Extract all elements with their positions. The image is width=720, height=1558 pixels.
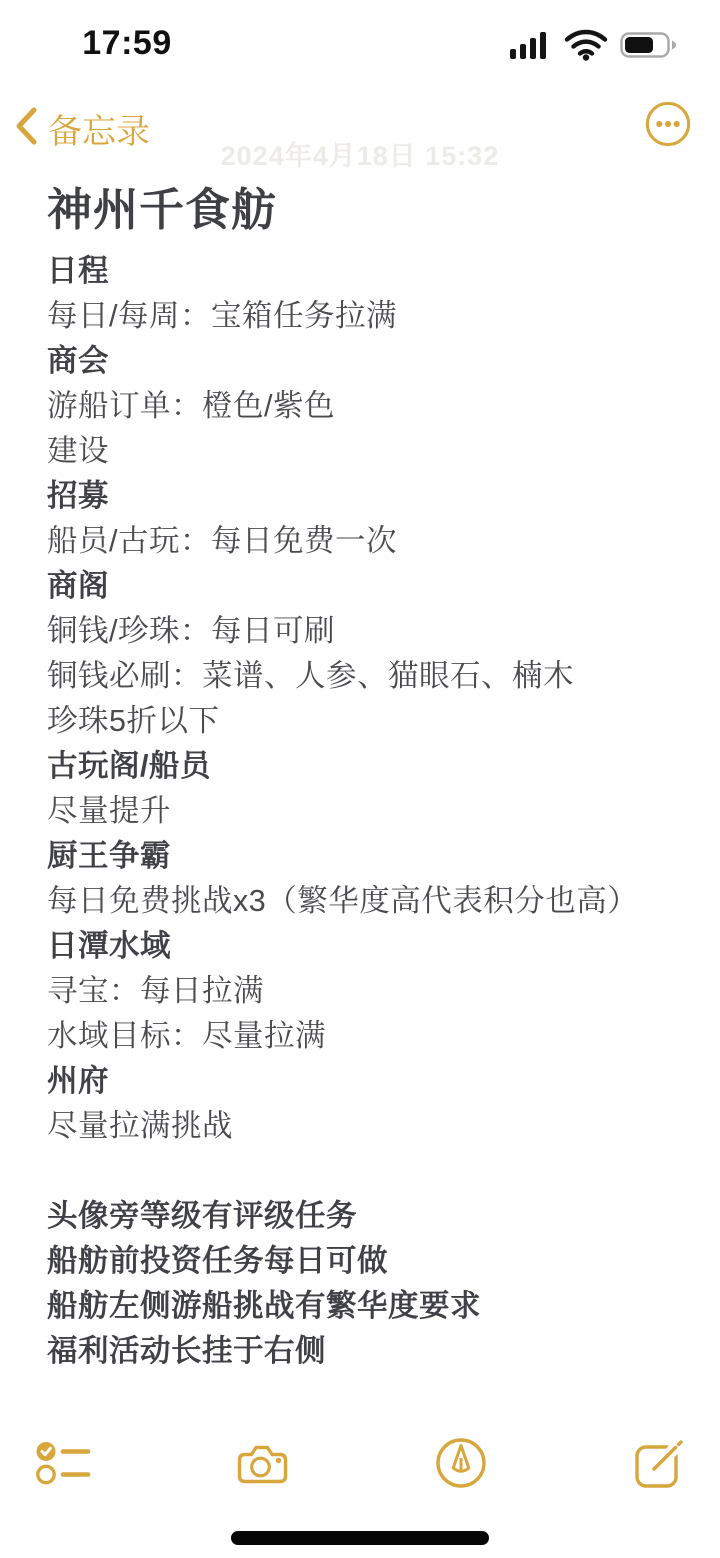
note-line: 船舫左侧游船挑战有繁华度要求 (47, 1284, 684, 1329)
note-line: 尽量提升 (47, 789, 684, 834)
compose-icon (633, 1436, 687, 1493)
note-line: 珍珠5折以下 (47, 699, 684, 744)
home-indicator[interactable] (231, 1531, 489, 1545)
note-line (47, 1149, 684, 1194)
notes-app-screen: 17:59 (0, 0, 720, 1558)
cellular-signal-icon (508, 29, 552, 66)
note-title: 神州千食舫 (47, 183, 684, 237)
camera-button[interactable] (233, 1434, 293, 1494)
note-line: 水域目标：尽量拉满 (47, 1014, 684, 1059)
checklist-button[interactable] (34, 1434, 94, 1494)
note-line: 游船订单：橙色/紫色 (47, 384, 684, 429)
note-line: 招募 (47, 474, 684, 519)
note-line: 每日免费挑战x3（繁华度高代表积分也高） (47, 879, 684, 924)
note-date: 2024年4月18日 15:32 (0, 134, 720, 173)
note-line: 商阁 (47, 564, 684, 609)
note-line: 铜钱/珍珠：每日可刷 (47, 609, 684, 654)
wifi-icon (564, 28, 608, 66)
note-line: 日程 (47, 249, 684, 294)
note-body: 日程每日/每周：宝箱任务拉满商会游船订单：橙色/紫色建设招募船员/古玩：每日免费… (47, 249, 684, 1374)
checklist-icon (35, 1440, 93, 1489)
status-bar: 17:59 (0, 0, 720, 72)
note-line: 每日/每周：宝箱任务拉满 (47, 294, 684, 339)
note-line: 船员/古玩：每日免费一次 (47, 519, 684, 564)
battery-icon (620, 32, 678, 63)
note-line: 古玩阁/船员 (47, 744, 684, 789)
note-line: 商会 (47, 339, 684, 384)
status-icons (508, 28, 678, 66)
note-line: 船舫前投资任务每日可做 (47, 1239, 684, 1284)
note-line: 尽量拉满挑战 (47, 1104, 684, 1149)
compose-button[interactable] (630, 1434, 690, 1494)
note-content[interactable]: 神州千食舫 日程每日/每周：宝箱任务拉满商会游船订单：橙色/紫色建设招募船员/古… (47, 183, 684, 1374)
markup-button[interactable] (431, 1434, 491, 1494)
note-line: 铜钱必刷：菜谱、人参、猫眼石、楠木 (47, 654, 684, 699)
bottom-toolbar (0, 1418, 720, 1510)
note-line: 福利活动长挂于右侧 (47, 1329, 684, 1374)
note-line: 厨王争霸 (47, 834, 684, 879)
note-line: 州府 (47, 1059, 684, 1104)
camera-icon (236, 1440, 290, 1489)
note-line: 日潭水域 (47, 924, 684, 969)
note-line: 建设 (47, 429, 684, 474)
note-line: 头像旁等级有评级任务 (47, 1194, 684, 1239)
status-time: 17:59 (72, 24, 182, 63)
note-line: 寻宝：每日拉满 (47, 969, 684, 1014)
markup-icon (434, 1436, 488, 1493)
